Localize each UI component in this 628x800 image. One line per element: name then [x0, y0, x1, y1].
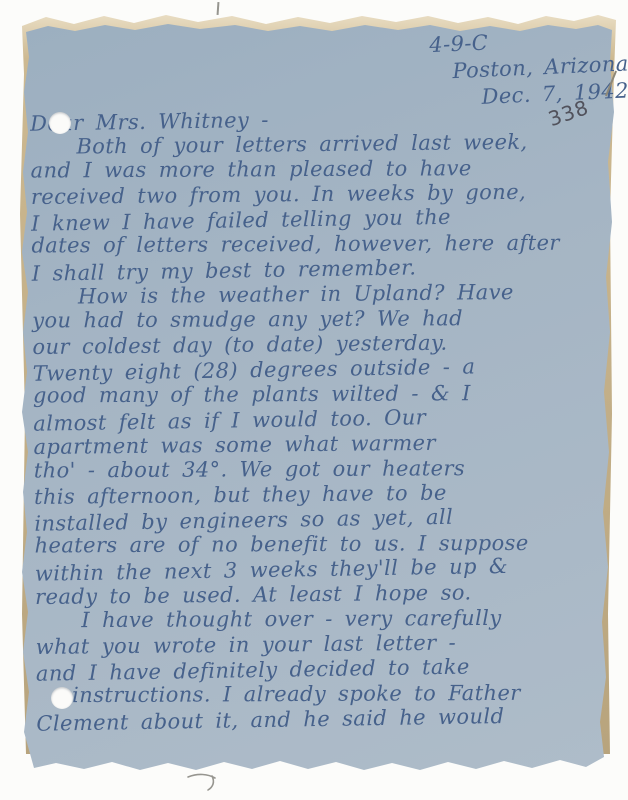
- letter-line: tho' - about 34°. We got our heaters: [34, 455, 612, 483]
- letter-line: and I was more than pleased to have: [31, 155, 609, 183]
- pencil-mark-bottom: [186, 770, 220, 792]
- address-code-line: 4-9-C: [429, 31, 489, 58]
- punch-hole-bottom: [51, 687, 73, 709]
- scan-background: 4-9-C Poston, Arizona Dec. 7, 1942 338 D…: [0, 0, 628, 800]
- punch-hole-top: [49, 112, 71, 134]
- pencil-mark-top: [217, 2, 220, 15]
- letter-body: Dear Mrs. Whitney - Both of your letters…: [30, 104, 615, 735]
- letter-line: you had to smudge any yet? We had: [32, 305, 610, 333]
- letter-line: I have thought over - very carefully: [81, 605, 613, 633]
- letter-heading: 4-9-C Poston, Arizona Dec. 7, 1942: [0, 0, 625, 22]
